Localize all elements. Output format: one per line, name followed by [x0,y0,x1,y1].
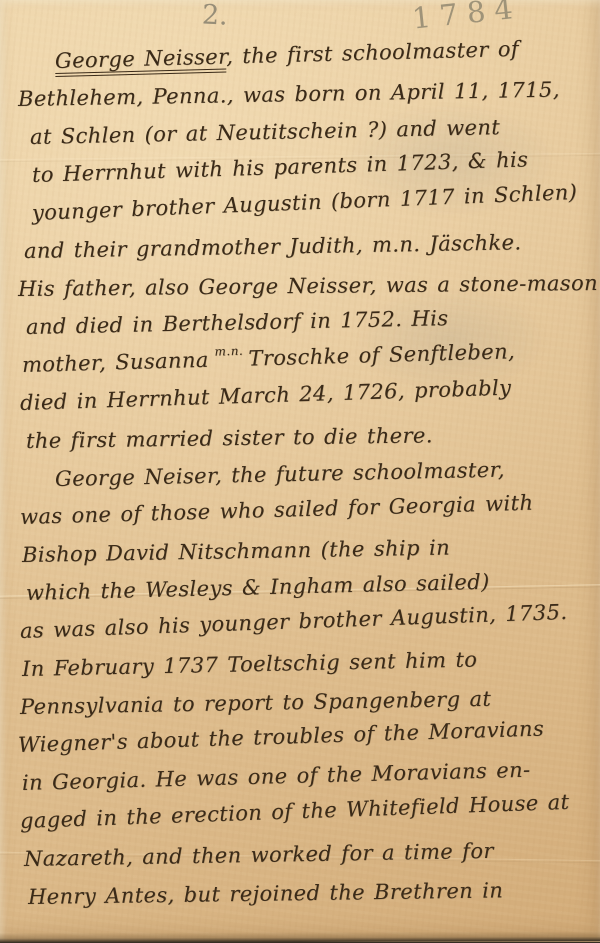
manuscript-line: and their grandmother Judith, m.n. Jäsch… [24,222,600,270]
line-text: Troschke of Senftleben, [248,339,515,370]
maiden-name-superscript: m.n. [214,344,243,359]
line-text: , the first schoolmaster of [226,37,519,69]
underlined-name: George Neisser [55,45,227,77]
manuscript-text: George Neisser, the first schoolmaster o… [0,42,600,916]
pencil-page-number: 2. [201,0,228,32]
line-text: mother, Susanna [22,348,209,377]
page-bottom-edge [0,931,600,942]
manuscript-line: Henry Antes, but rejoined the Brethren i… [28,870,600,916]
manuscript-page: 2. 1784 George Neisser, the first school… [0,0,600,942]
